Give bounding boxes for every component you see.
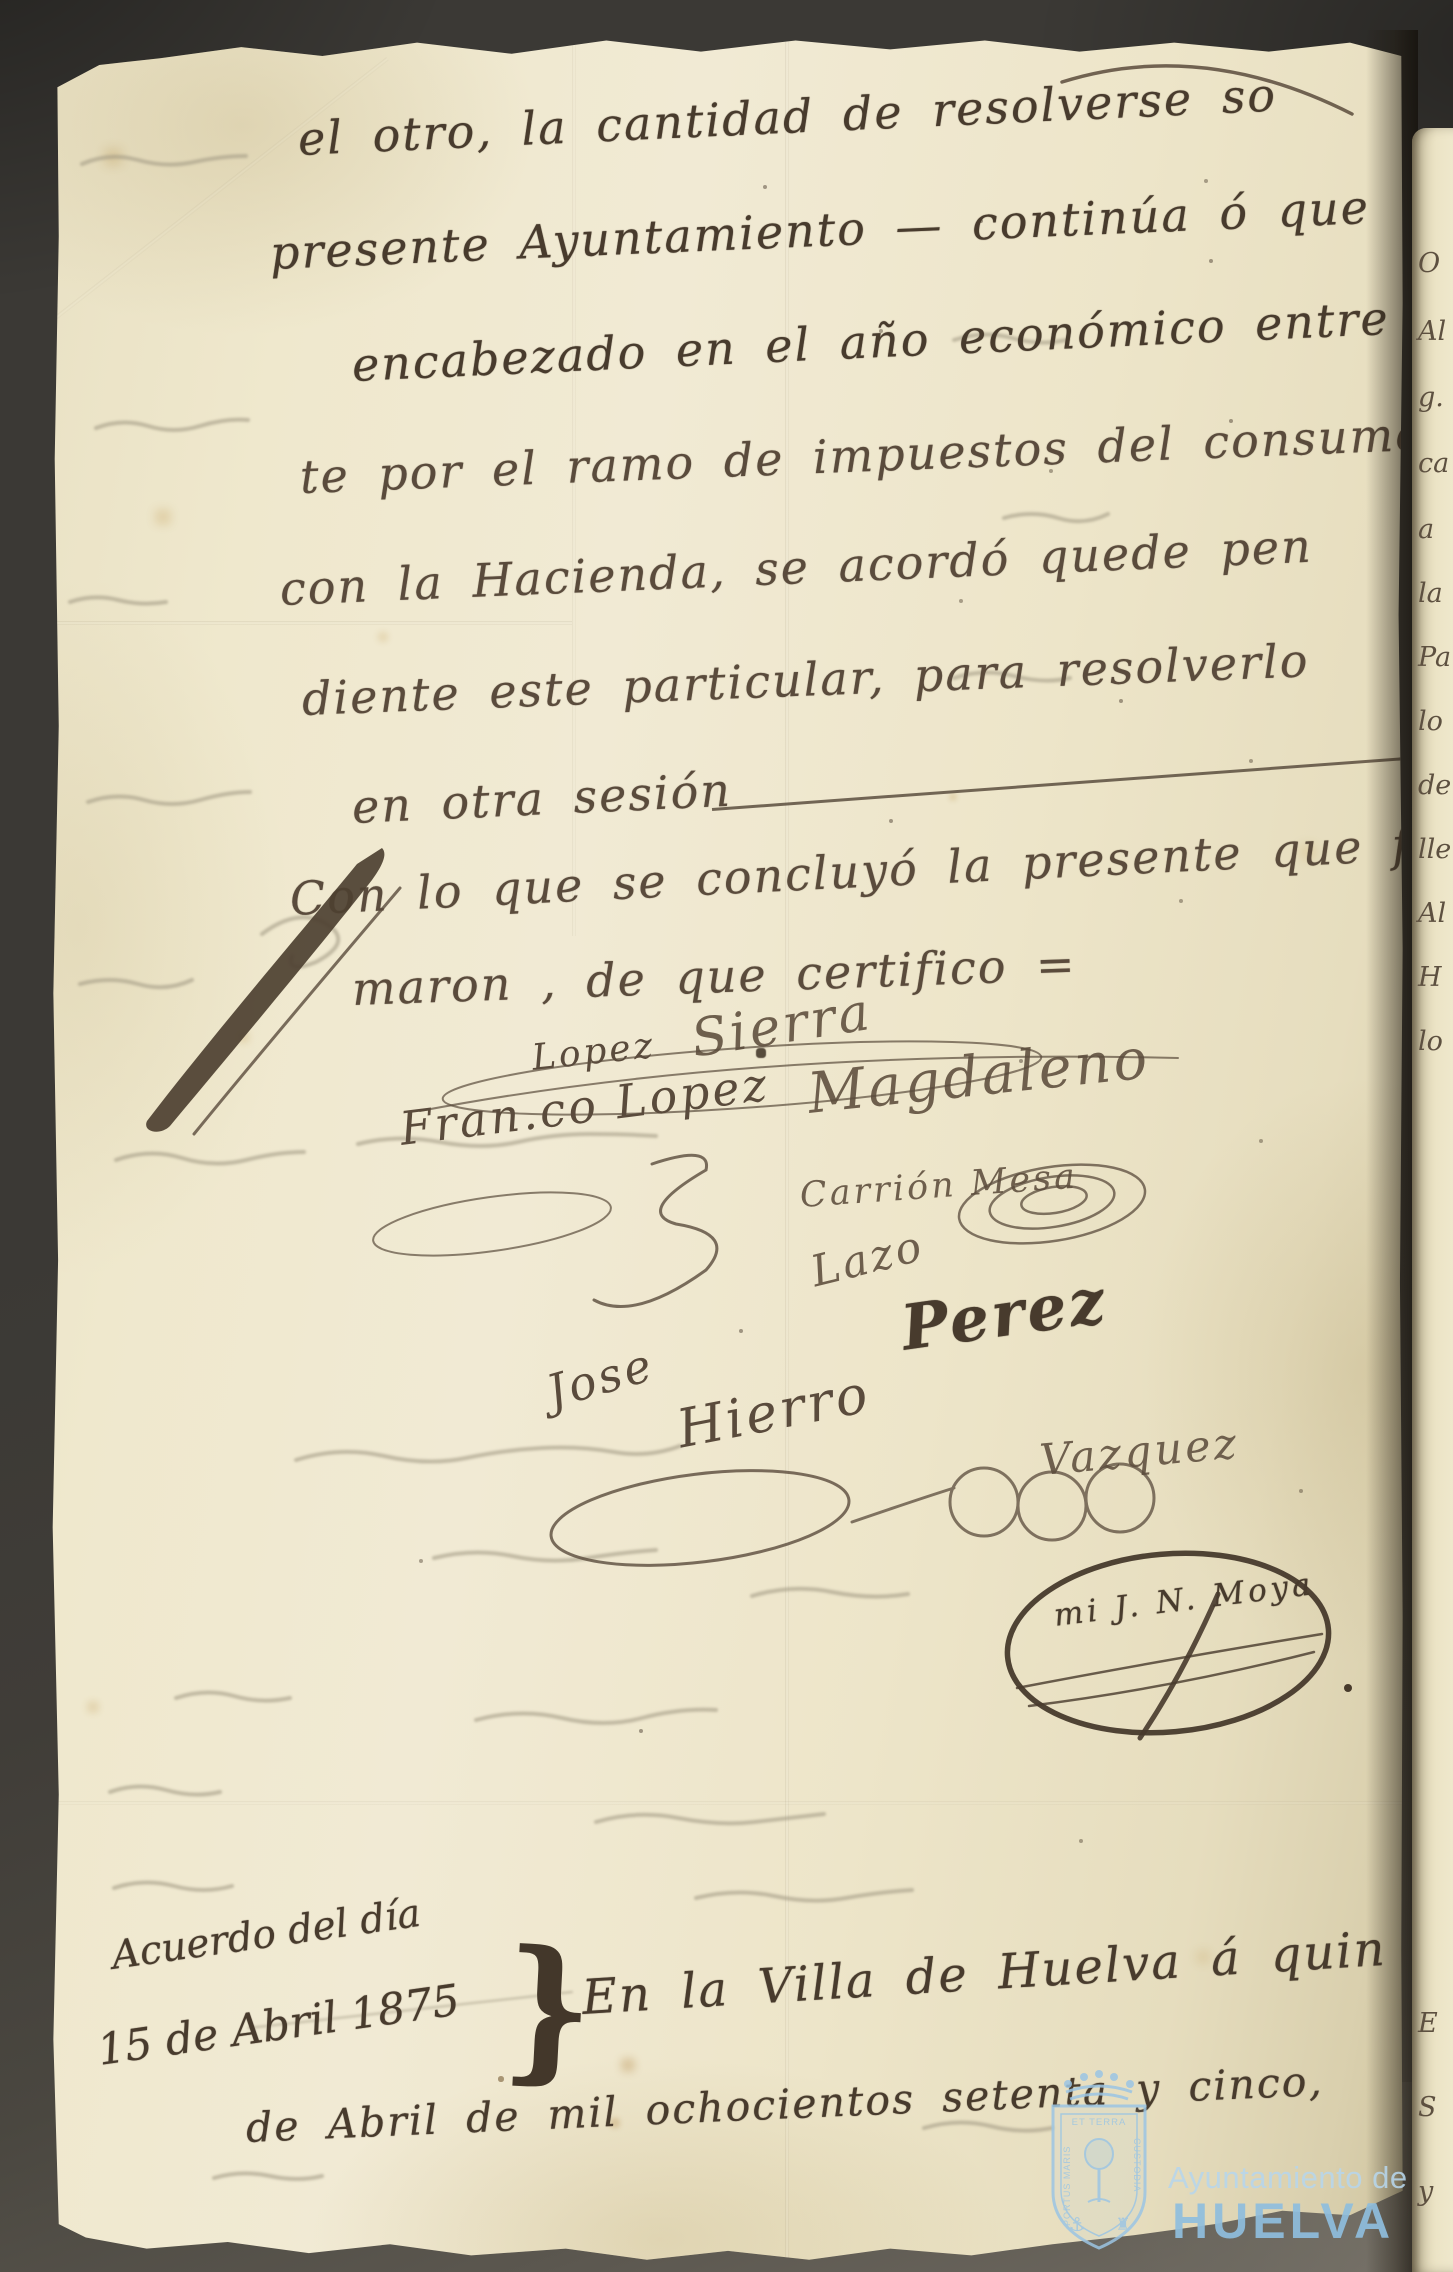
spiral-flourish bbox=[953, 1153, 1150, 1255]
next-folio-text-fragment: lo bbox=[1418, 706, 1443, 737]
shield-motto-top: ET TERRA bbox=[1072, 2117, 1127, 2128]
watermark-huelva-label: HUELVA bbox=[1172, 2192, 1394, 2250]
watermark-ayuntamiento-label: Ayuntamiento de bbox=[1168, 2160, 1408, 2196]
next-folio-text-fragment: O bbox=[1418, 248, 1440, 279]
ink-specks bbox=[52, 36, 54, 38]
top-arc-flourish bbox=[1062, 66, 1352, 114]
next-folio-text-fragment: a bbox=[1418, 514, 1434, 545]
z-flourish bbox=[594, 1155, 717, 1306]
huelva-shield-icon: ⚓ ♜ ET TERRA PORTUS MARIS CUSTODIA bbox=[1040, 2068, 1158, 2272]
tower-icon: ♜ bbox=[1115, 2215, 1130, 2235]
loop-under-lopez bbox=[369, 1181, 614, 1268]
next-folio-text-fragment: y bbox=[1418, 2176, 1433, 2207]
large-paraph-stroke bbox=[146, 848, 384, 1132]
next-folio-edge: O Al g. p ca a la Pa lo de lle Al H lo E… bbox=[1412, 128, 1453, 2272]
next-folio-text-fragment: lo bbox=[1418, 1026, 1443, 1057]
crown-icon bbox=[1064, 2070, 1134, 2099]
next-folio-text-fragment: Pa bbox=[1418, 642, 1451, 673]
archive-photo-scene: el otro, la cantidad de resolverse so pr… bbox=[0, 0, 1453, 2272]
next-folio-text-fragment: E bbox=[1418, 2008, 1438, 2039]
next-folio-text-fragment: Al bbox=[1418, 316, 1446, 347]
next-folio-text-fragment: la bbox=[1418, 578, 1443, 609]
book-gutter-shadow bbox=[1366, 30, 1418, 2272]
triple-loop-flourish bbox=[852, 1464, 1154, 1540]
shield-motto-right: CUSTODIA bbox=[1132, 2138, 1142, 2192]
next-folio-text-fragment: g. p bbox=[1418, 382, 1453, 413]
paraph-companion-stroke bbox=[194, 888, 400, 1134]
oval-under-hierro bbox=[546, 1456, 854, 1580]
next-folio-text-fragment: Al bbox=[1418, 898, 1446, 929]
next-folio-text-fragment: lle bbox=[1418, 834, 1451, 865]
next-folio-text-fragment: S bbox=[1418, 2092, 1437, 2123]
foxing-stains bbox=[52, 36, 54, 38]
next-folio-text-fragment: ca bbox=[1418, 448, 1449, 479]
next-folio-text-fragment: H bbox=[1418, 962, 1442, 993]
shield-motto-left: PORTUS MARIS bbox=[1062, 2146, 1072, 2226]
underline-oval-flourish bbox=[441, 1027, 1044, 1129]
manuscript-page: el otro, la cantidad de resolverse so pr… bbox=[52, 36, 1404, 2262]
next-folio-text-fragment: de bbox=[1418, 770, 1451, 801]
